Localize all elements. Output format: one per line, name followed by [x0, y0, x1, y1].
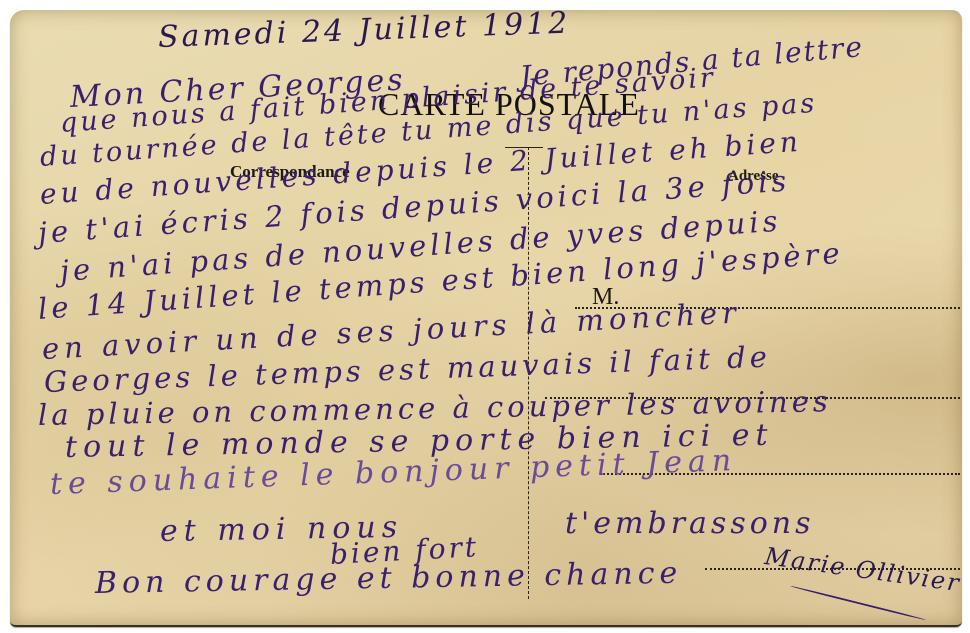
handwritten-line: Bon courage et bonne chance [95, 556, 683, 601]
handwritten-signature: Marie Ollivier [763, 542, 962, 597]
postcard-back: CARTE POSTALE Correspondance Adresse M. … [10, 10, 962, 627]
signature-flourish [790, 585, 926, 621]
handwritten-line: t'embrassons [565, 506, 815, 541]
handwritten-date: Samedi 24 Juillet 1912 [157, 6, 570, 55]
